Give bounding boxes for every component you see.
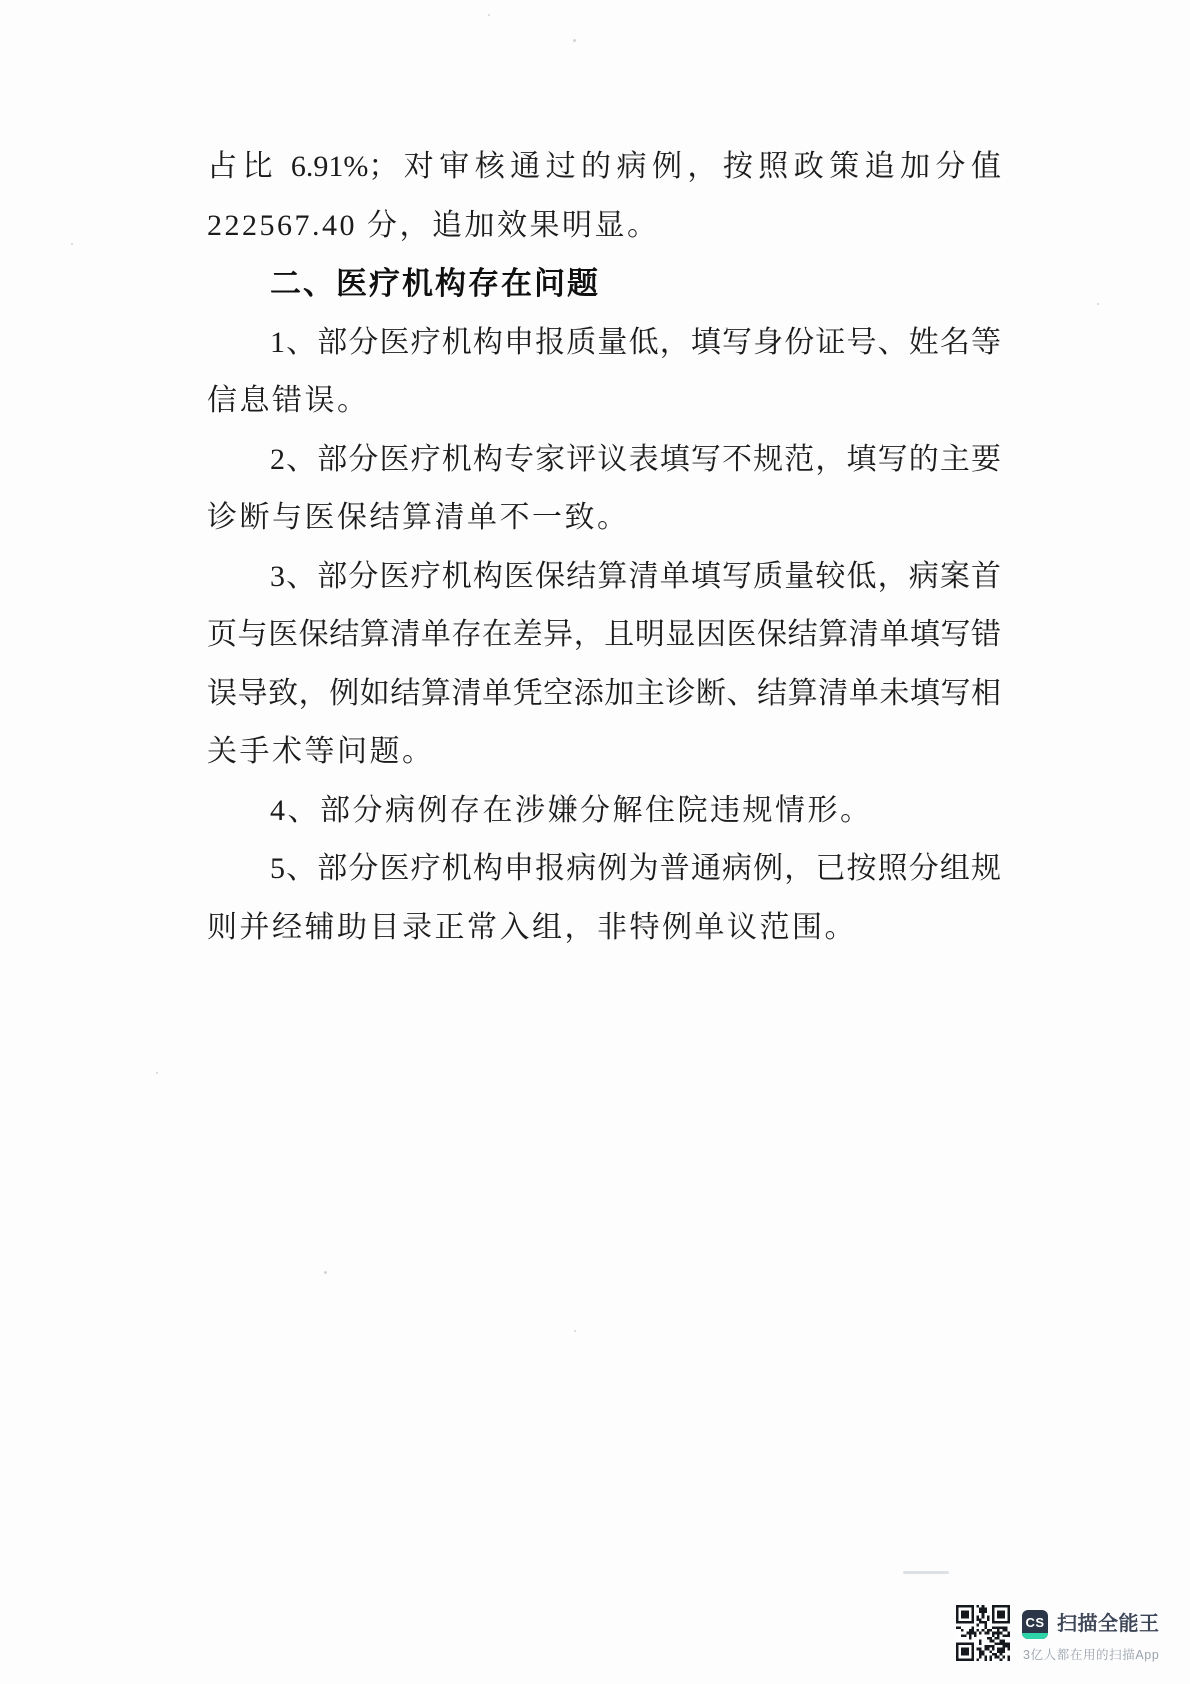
doc-line: 1、部分医疗机构申报质量低，填写身份证号、姓名等: [207, 314, 1001, 373]
scan-speck: [488, 14, 490, 16]
scan-speck: [71, 243, 73, 245]
scan-smudge: [903, 1571, 949, 1574]
scan-speck: [573, 39, 576, 42]
doc-line: 诊断与医保结算清单不一致。: [207, 489, 1001, 548]
scan-speck: [156, 1072, 158, 1074]
doc-line: 信息错误。: [207, 372, 1001, 431]
app-tagline: 3亿人都在用的扫描App: [1023, 1645, 1159, 1663]
doc-line: 5、部分医疗机构申报病例为普通病例，已按照分组规: [207, 840, 1001, 899]
scan-speck: [1097, 303, 1099, 305]
doc-line: 误导致，例如结算清单凭空添加主诊断、结算清单未填写相: [207, 665, 1001, 724]
doc-line: 页与医保结算清单存在差异，且明显因医保结算清单填写错: [207, 606, 1001, 665]
doc-line: 222567.40 分，追加效果明显。: [207, 197, 1001, 256]
qr-code: [956, 1605, 1010, 1661]
doc-line: 3、部分医疗机构医保结算清单填写质量较低，病案首: [207, 548, 1001, 607]
scan-speck: [324, 1271, 327, 1274]
doc-line: 占比 6.91%；对审核通过的病例，按照政策追加分值: [207, 138, 1001, 197]
scan-speck: [574, 1330, 576, 1332]
section-heading: 二、医疗机构存在问题: [207, 255, 1001, 314]
doc-line: 关手术等问题。: [207, 723, 1001, 782]
logo-letters: CS: [1022, 1610, 1048, 1634]
document-text: 占比 6.91%；对审核通过的病例，按照政策追加分值 222567.40 分，追…: [207, 138, 1001, 957]
camscanner-logo: CS: [1022, 1610, 1048, 1639]
doc-line: 4、部分病例存在涉嫌分解住院违规情形。: [207, 782, 1001, 841]
doc-line: 则并经辅助目录正常入组，非特例单议范围。: [207, 899, 1001, 958]
app-name: 扫描全能王: [1057, 1611, 1160, 1637]
doc-line: 2、部分医疗机构专家评议表填写不规范，填写的主要: [207, 431, 1001, 490]
